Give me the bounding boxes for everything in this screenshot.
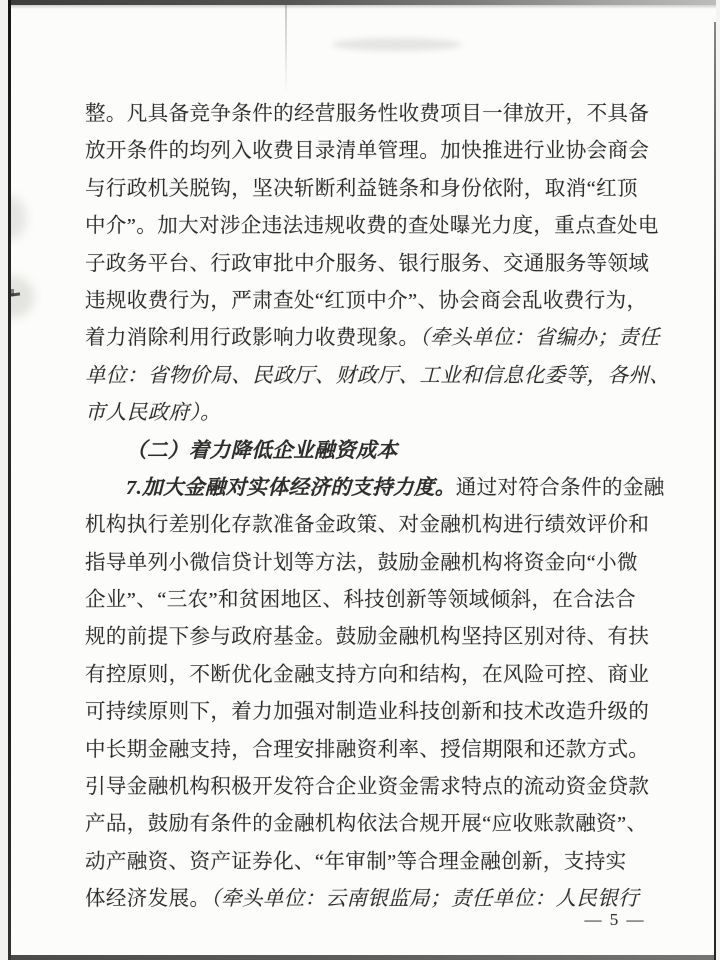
text-segment: 指导单列小微信贷计划等方法，鼓励金融机构将资金向“小微 <box>85 552 638 574</box>
text-line: 有控原则，不断优化金融支持方向和结构，在风险可控、商业 <box>85 657 637 694</box>
text-segment: 市人民政府）。 <box>85 402 221 424</box>
text-segment: 放开条件的均列入收费目录清单管理。加快推进行业协会商会 <box>85 140 649 162</box>
document-body: 整。凡具备竞争条件的经营服务性收费项目一律放开，不具备放开条件的均列入收费目录清… <box>85 96 637 919</box>
text-line: 着力消除利用行政影响力收费现象。（牵头单位：省编办；责任 <box>85 320 637 357</box>
text-segment: 违规收费行为，严肃查处“红顶中介”、协会商会乱收费行为， <box>85 290 647 312</box>
scan-edge-bottom <box>0 955 720 960</box>
text-segment: 中长期金融支持，合理安排融资利率、授信期限和还款方式。 <box>85 739 649 761</box>
text-line: 动产融资、资产证券化、“年审制”等合理金融创新，支持实 <box>85 844 637 881</box>
text-line: 单位：省物价局、民政厅、财政厅、工业和信息化委等，各州、 <box>85 358 637 395</box>
text-segment: 有控原则，不断优化金融支持方向和结构，在风险可控、商业 <box>85 664 649 686</box>
text-segment: 产品，鼓励有条件的金融机构依法合规开展“应收账款融资”、 <box>85 813 647 835</box>
text-segment: 动产融资、资产证券化、“年审制”等合理金融创新，支持实 <box>85 851 627 873</box>
text-segment: （牵头单位：云南银监局；责任单位：人民银行 <box>210 888 639 910</box>
text-segment: 整。凡具备竞争条件的经营服务性收费项目一律放开，不具备 <box>85 103 649 125</box>
scan-smudge <box>332 38 462 51</box>
text-segment: 7.加大金融对实体经济的支持力度。 <box>126 477 456 499</box>
scan-edge-right-margin <box>716 0 720 960</box>
text-line: 规的前提下参与政府基金。鼓励金融机构坚持区别对待、有扶 <box>85 619 637 656</box>
text-line: 整。凡具备竞争条件的经营服务性收费项目一律放开，不具备 <box>85 96 637 133</box>
scanned-page: 整。凡具备竞争条件的经营服务性收费项目一律放开，不具备放开条件的均列入收费目录清… <box>0 0 720 960</box>
text-line: 中长期金融支持，合理安排融资利率、授信期限和还款方式。 <box>85 732 637 769</box>
text-segment: 规的前提下参与政府基金。鼓励金融机构坚持区别对待、有扶 <box>85 626 649 648</box>
scan-edge-left <box>8 0 11 960</box>
scan-crease <box>285 0 287 95</box>
text-line: 体经济发展。（牵头单位：云南银监局；责任单位：人民银行 <box>85 881 637 918</box>
text-line: 指导单列小微信贷计划等方法，鼓励金融机构将资金向“小微 <box>85 545 637 582</box>
page-number: — 5 — <box>560 910 670 930</box>
text-line: 子政务平台、行政审批中介服务、银行服务、交通服务等领域 <box>85 246 637 283</box>
text-segment: 企业”、“三农”和贫困地区、科技创新等领域倾斜，在合法合 <box>85 589 636 611</box>
text-segment: 引导金融机构积极开发符合企业资金需求特点的流动资金贷款 <box>85 776 649 798</box>
text-line: 与行政机关脱钩，坚决斩断利益链条和身份依附，取消“红顶 <box>85 171 637 208</box>
text-line: 违规收费行为，严肃查处“红顶中介”、协会商会乱收费行为， <box>85 283 637 320</box>
text-line: 中介”。加大对涉企违法违规收费的查处曝光力度，重点查处电 <box>85 208 637 245</box>
text-segment: 可持续原则下，着力加强对制造业科技创新和技术改造升级的 <box>85 701 649 723</box>
text-line: 放开条件的均列入收费目录清单管理。加快推进行业协会商会 <box>85 133 637 170</box>
text-segment: 与行政机关脱钩，坚决斩断利益链条和身份依附，取消“红顶 <box>85 178 638 200</box>
scan-edge-left-margin <box>0 0 8 960</box>
text-segment: （牵头单位：省编办；责任 <box>419 327 660 349</box>
scan-edge-top-shadow <box>0 5 720 9</box>
text-line: 市人民政府）。 <box>85 395 637 432</box>
text-segment: 体经济发展。 <box>85 888 210 910</box>
scan-mark <box>11 289 14 296</box>
text-line: 产品，鼓励有条件的金融机构依法合规开展“应收账款融资”、 <box>85 806 637 843</box>
text-line: 可持续原则下，着力加强对制造业科技创新和技术改造升级的 <box>85 694 637 731</box>
text-line: 企业”、“三农”和贫困地区、科技创新等领域倾斜，在合法合 <box>85 582 637 619</box>
text-segment: 着力消除利用行政影响力收费现象。 <box>85 327 419 349</box>
text-segment: 机构执行差别化存款准备金政策、对金融机构进行绩效评价和 <box>85 514 649 536</box>
text-segment: 单位：省物价局、民政厅、财政厅、工业和信息化委等，各州、 <box>85 365 670 387</box>
text-segment: 通过对符合条件的金融 <box>456 477 665 499</box>
text-line: （二）着力降低企业融资成本 <box>85 433 637 470</box>
text-segment: 中介”。加大对涉企违法违规收费的查处曝光力度，重点查处电 <box>85 215 659 237</box>
text-line: 机构执行差别化存款准备金政策、对金融机构进行绩效评价和 <box>85 507 637 544</box>
text-segment: （二）着力降低企业融资成本 <box>126 440 398 462</box>
text-line: 引导金融机构积极开发符合企业资金需求特点的流动资金贷款 <box>85 769 637 806</box>
text-segment: 子政务平台、行政审批中介服务、银行服务、交通服务等领域 <box>85 253 649 275</box>
text-line: 7.加大金融对实体经济的支持力度。通过对符合条件的金融 <box>85 470 637 507</box>
